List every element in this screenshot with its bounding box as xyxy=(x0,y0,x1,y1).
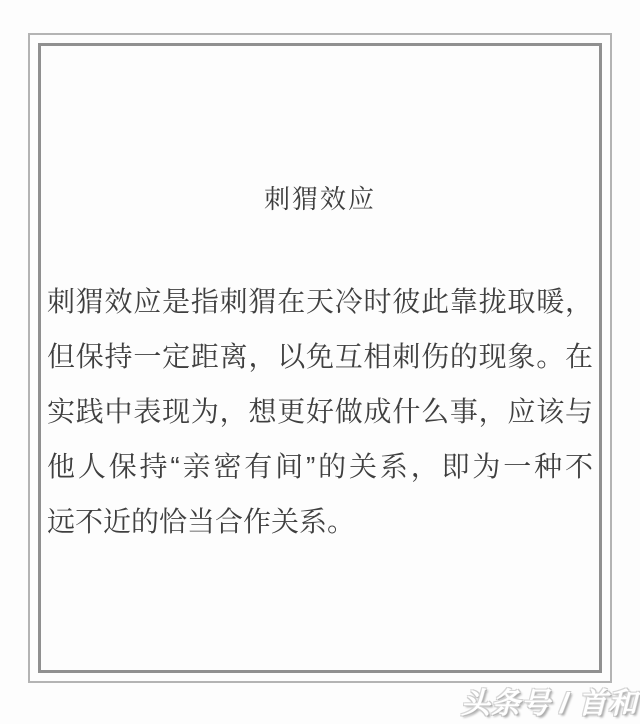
watermark-text: 头条号 / 首和 xyxy=(461,681,638,722)
body-text-line: 实践中表现为，想更好做成什么事，应该与 xyxy=(47,384,593,439)
card-inner-frame: 刺猬效应 刺猬效应是指刺猬在天冷时彼此靠拢取暖， 但保持一定距离，以免互相刺伤的… xyxy=(38,43,602,673)
card-outer-frame: 刺猬效应 刺猬效应是指刺猬在天冷时彼此靠拢取暖， 但保持一定距离，以免互相刺伤的… xyxy=(28,33,612,683)
quote-card-canvas: 刺猬效应 刺猬效应是指刺猬在天冷时彼此靠拢取暖， 但保持一定距离，以免互相刺伤的… xyxy=(0,0,640,724)
body-text-line: 他人保持“亲密有间”的关系，即为一种不 xyxy=(47,439,593,494)
card-title: 刺猬效应 xyxy=(41,184,599,214)
card-body-text: 刺猬效应是指刺猬在天冷时彼此靠拢取暖， 但保持一定距离，以免互相刺伤的现象。在 … xyxy=(41,274,599,549)
body-text-line: 远不近的恰当合作关系。 xyxy=(47,494,593,549)
body-text-line: 刺猬效应是指刺猬在天冷时彼此靠拢取暖， xyxy=(47,274,593,329)
body-text-line: 但保持一定距离，以免互相刺伤的现象。在 xyxy=(47,329,593,384)
